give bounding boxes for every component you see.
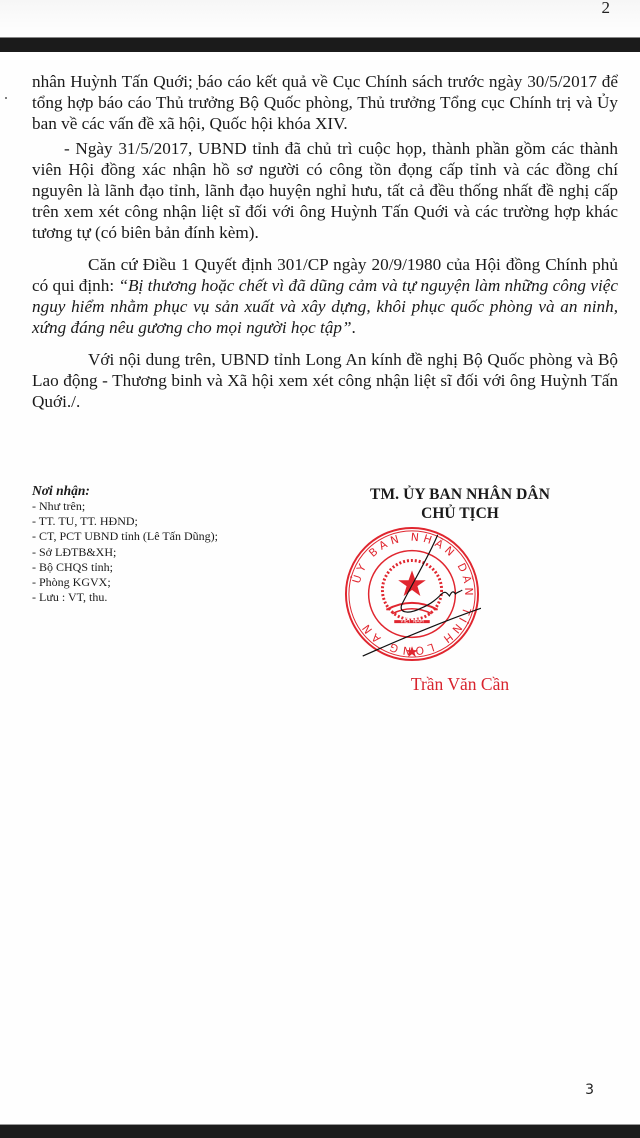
recipient-item: - Phòng KGVX; [32,575,312,590]
signature-block: TM. ỦY BAN NHÂN DÂN CHỦ TỊCH [340,485,580,523]
signer-name: Trần Văn Cần [340,674,580,695]
paragraph-legal-basis: Căn cứ Điều 1 Quyết định 301/CP ngày 20/… [32,254,618,338]
page-number: 3 [585,1082,594,1098]
paragraph-continuation: nhân Huỳnh Tấn Quới; báo cáo kết quả về … [32,71,618,134]
recipient-item: - Bộ CHQS tỉnh; [32,560,312,575]
signing-position: CHỦ TỊCH [340,504,580,523]
document-body: nhân Huỳnh Tấn Quới; báo cáo kết quả về … [32,71,618,412]
recipient-item: - Sở LĐTB&XH; [32,545,312,560]
recipient-item: - CT, PCT UBND tỉnh (Lê Tấn Dũng); [32,529,312,544]
official-seal-icon: ỦY BAN NHÂN DÂN TỈNH LONG AN VIỆT NAM [343,525,481,663]
previous-page-bottom: 2 [0,0,640,37]
page-separator-bottom [0,1124,640,1138]
page-separator [0,37,640,53]
recipients-title: Nơi nhận: [32,482,312,499]
legal-quote: “Bị thương hoặc chết vì đã dũng cảm và t… [32,276,618,337]
paragraph-proposal: Với nội dung trên, UBND tỉnh Long An kín… [32,349,618,412]
svg-text:VIỆT NAM: VIỆT NAM [400,617,424,625]
recipient-item: - Như trên; [32,499,312,514]
recipient-item: - Lưu : VT, thu. [32,590,312,605]
signing-organization: TM. ỦY BAN NHÂN DÂN [340,485,580,504]
recipients-block: Nơi nhận: - Như trên; - TT. TU, TT. HĐND… [32,482,312,605]
previous-page-number: 2 [602,0,611,18]
paragraph-meeting: - Ngày 31/5/2017, UBND tỉnh đã chủ trì c… [32,138,618,243]
recipient-item: - TT. TU, TT. HĐND; [32,514,312,529]
